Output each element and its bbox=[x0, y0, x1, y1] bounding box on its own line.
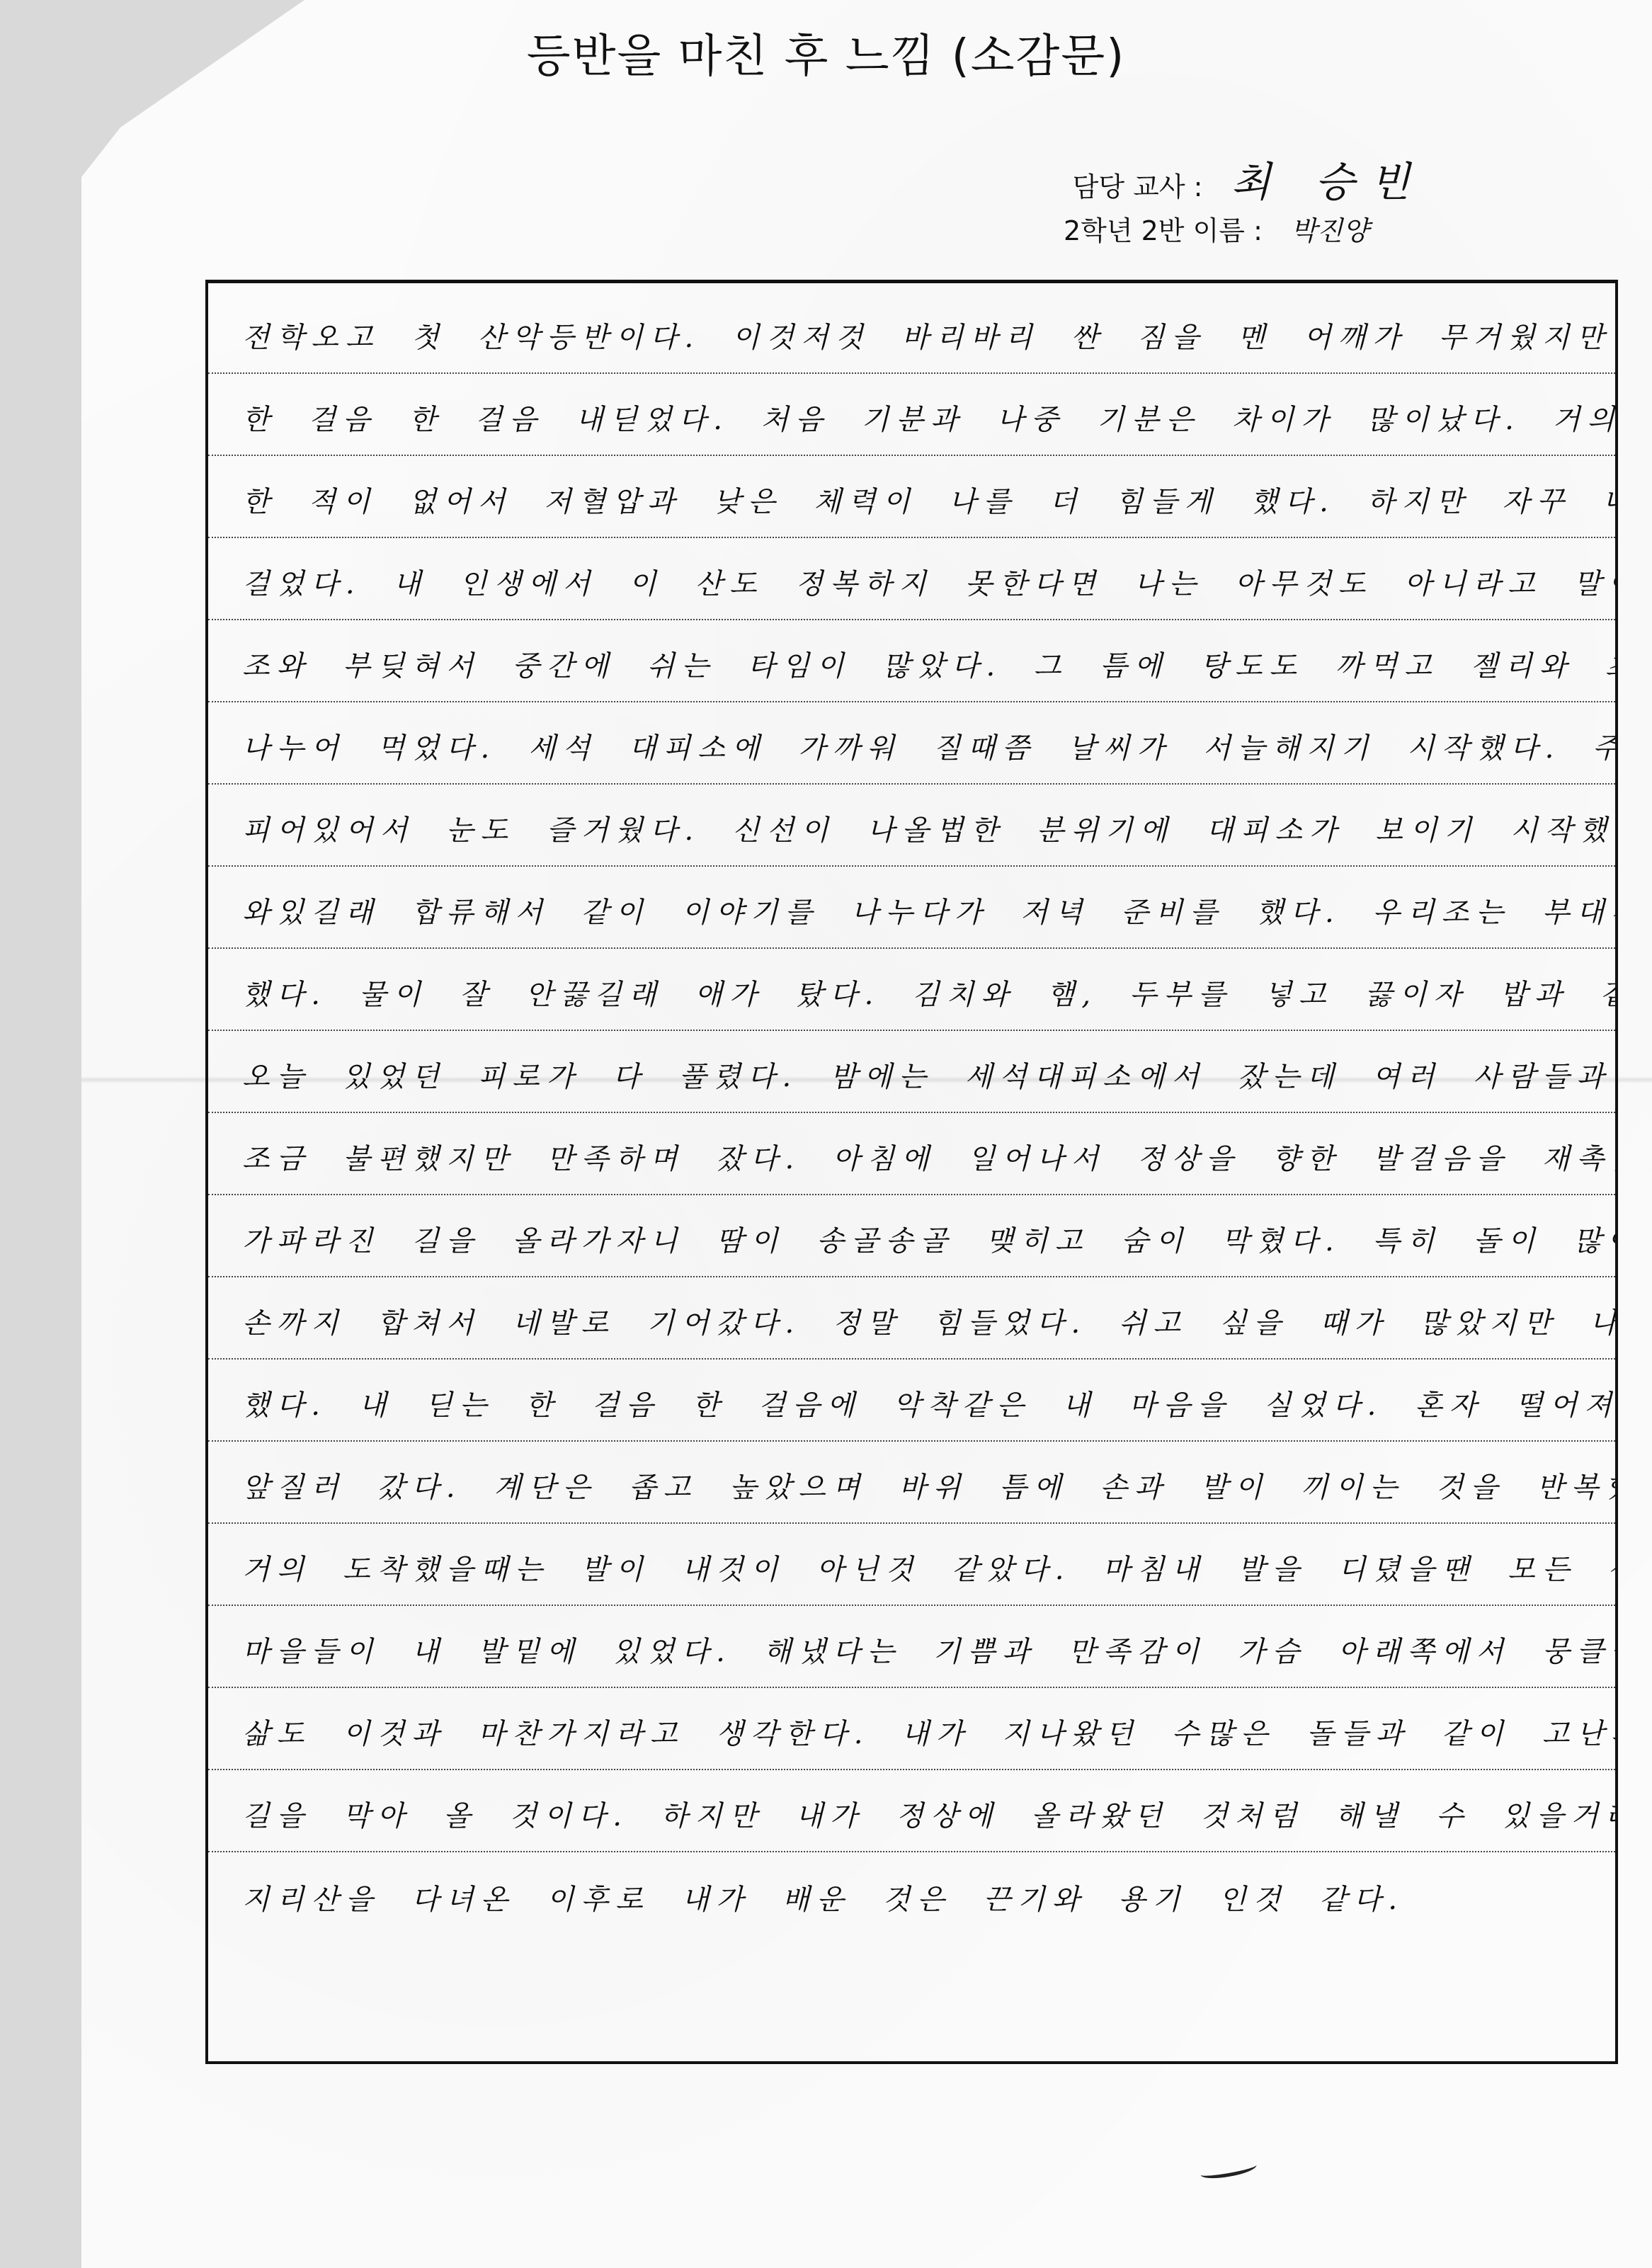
essay-line: 삶도 이것과 마찬가지라고 생각한다. 내가 지나왔던 수많은 돌들과 같이 고… bbox=[208, 1688, 1615, 1770]
essay-line: 와있길래 합류해서 같이 이야기를 나누다가 저녁 준비를 했다. 우리조는 부… bbox=[208, 867, 1615, 949]
essay-line: 했다. 물이 잘 안끓길래 애가 탔다. 김치와 햄, 두부를 넣고 끓이자 밥… bbox=[208, 949, 1615, 1031]
document-title: 등반을 마친 후 느낌 (소감문) bbox=[0, 20, 1652, 85]
essay-line: 조금 불편했지만 만족하며 잤다. 아침에 일어나서 정상을 향한 발걸음을 재… bbox=[208, 1113, 1615, 1195]
teacher-label: 담당 교사 : bbox=[1073, 165, 1203, 204]
pen-stroke-mark bbox=[1200, 2158, 1258, 2182]
essay-line: 걸었다. 내 인생에서 이 산도 정복하지 못한다면 나는 아무것도 아니라고 … bbox=[208, 538, 1615, 620]
essay-line: 조와 부딪혀서 중간에 쉬는 타임이 많았다. 그 틈에 탕도도 까먹고 젤리와… bbox=[208, 620, 1615, 702]
student-field: 2학년 2반 이름 : 박진양 bbox=[1064, 209, 1369, 248]
essay-line: 거의 도착했을때는 발이 내것이 아닌것 같았다. 마침내 발을 디뎠을땐 모든… bbox=[208, 1524, 1615, 1606]
essay-line: 앞질러 갔다. 계단은 좁고 높았으며 바위 틈에 손과 발이 끼이는 것을 반… bbox=[208, 1442, 1615, 1524]
essay-line: 나누어 먹었다. 세석 대피소에 가까워 질때쯤 날씨가 서늘해지기 시작했다.… bbox=[208, 702, 1615, 785]
essay-line: 한 적이 없어서 저혈압과 낮은 체력이 나를 더 힘들게 했다. 하지만 자꾸… bbox=[208, 456, 1615, 538]
essay-line: 전학오고 첫 산악등반이다. 이것저것 바리바리 싼 짐을 멘 어깨가 무거웠지… bbox=[208, 292, 1615, 374]
teacher-field: 담당 교사 : 최 승빈 bbox=[1073, 149, 1425, 208]
essay-line: 손까지 합쳐서 네발로 기어갔다. 정말 힘들었다. 쉬고 싶을 때가 많았지만… bbox=[208, 1277, 1615, 1360]
essay-line: 마을들이 내 발밑에 있었다. 해냈다는 기쁨과 만족감이 가슴 아래쪽에서 뭉… bbox=[208, 1606, 1615, 1688]
essay-line: 한 걸음 한 걸음 내딛었다. 처음 기분과 나중 기분은 차이가 많이났다. … bbox=[208, 374, 1615, 456]
teacher-signature: 최 승빈 bbox=[1231, 149, 1425, 208]
essay-line: 오늘 있었던 피로가 다 풀렸다. 밤에는 세석대피소에서 잤는데 여러 사람들… bbox=[208, 1031, 1615, 1113]
essay-box: 전학오고 첫 산악등반이다. 이것저것 바리바리 싼 짐을 멘 어깨가 무거웠지… bbox=[205, 280, 1618, 2064]
essay-line: 했다. 내 딛는 한 걸음 한 걸음에 악착같은 내 마음을 실었다. 혼자 떨… bbox=[208, 1360, 1615, 1442]
student-name: 박진양 bbox=[1291, 209, 1369, 248]
essay-line: 지리산을 다녀온 이후로 내가 배운 것은 끈기와 용기 인것 같다. bbox=[208, 1852, 1615, 1934]
essay-line: 가파라진 길을 올라가자니 땀이 송골송골 맺히고 숨이 막혔다. 특히 돌이 … bbox=[208, 1195, 1615, 1277]
scanned-paper: 등반을 마친 후 느낌 (소감문) 담당 교사 : 최 승빈 2학년 2반 이름… bbox=[0, 0, 1652, 2268]
essay-line: 길을 막아 올 것이다. 하지만 내가 정상에 올라왔던 것처럼 해낼 수 있을… bbox=[208, 1770, 1615, 1852]
student-class-label: 2학년 2반 이름 : bbox=[1064, 209, 1263, 248]
essay-line: 피어있어서 눈도 즐거웠다. 신선이 나올법한 분위기에 대피소가 보이기 시작… bbox=[208, 785, 1615, 867]
